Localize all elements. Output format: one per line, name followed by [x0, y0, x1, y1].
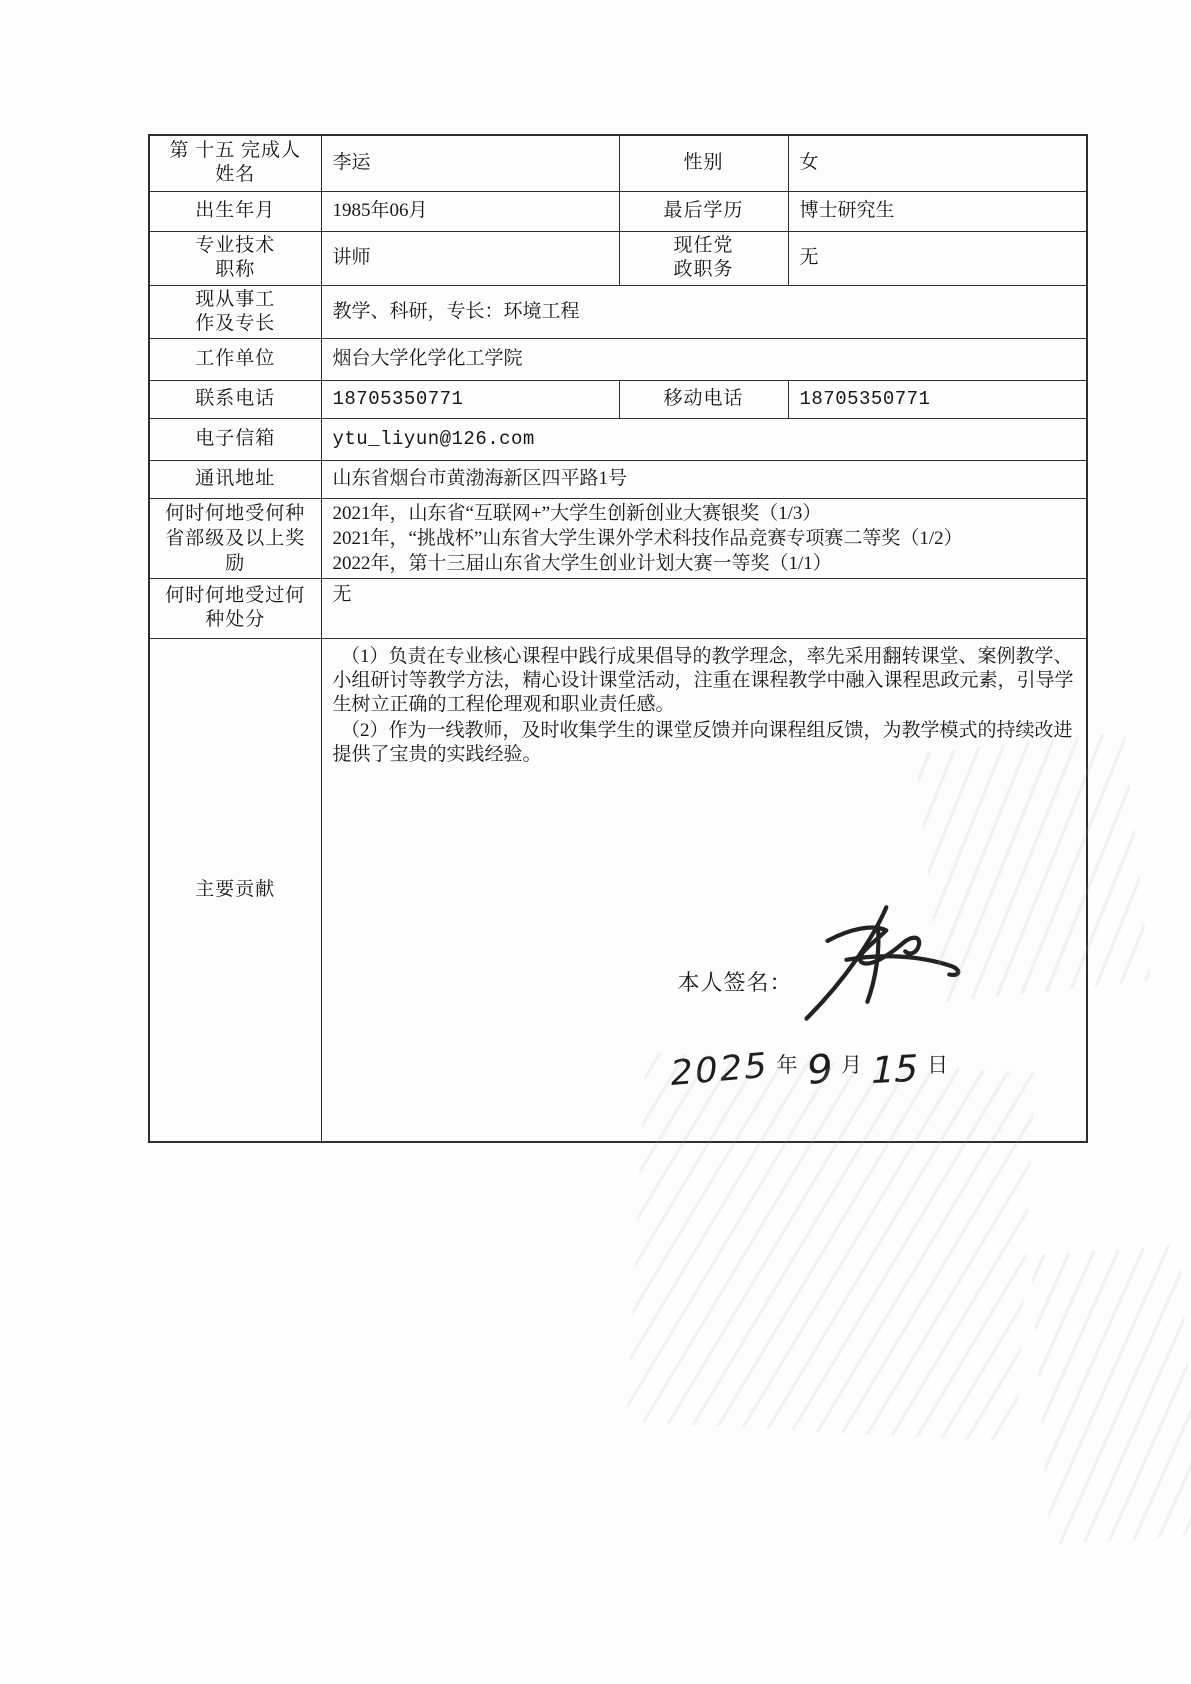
table-row: 第 十五 完成人 姓名 李运 性别 女: [149, 135, 1087, 191]
contact-phone-label: 联系电话: [149, 380, 321, 418]
contribution-paragraph: （1）负责在专业核心课程中践行成果倡导的教学理念，率先采用翻转课堂、案例教学、小…: [333, 645, 1079, 717]
name-label: 第 十五 完成人 姓名: [149, 135, 321, 191]
professional-title-value: 讲师: [321, 231, 619, 285]
main-contribution-label: 主要贡献: [149, 638, 321, 1142]
awards-label: 何时何地受何种 省部级及以上奖 励: [149, 498, 321, 578]
gender-value: 女: [788, 135, 1087, 191]
handwritten-day: 15: [868, 1056, 920, 1082]
gender-label: 性别: [619, 135, 788, 191]
table-row: 联系电话 18705350771 移动电话 18705350771: [149, 380, 1087, 418]
table-row: 何时何地受过何 种处分 无: [149, 578, 1087, 638]
signature-handwriting: [785, 901, 975, 1027]
name-value: 李运: [321, 135, 619, 191]
work-unit-value: 烟台大学化学化工学院: [321, 338, 1087, 380]
mobile-phone-label: 移动电话: [619, 380, 788, 418]
punishment-value: 无: [321, 578, 1087, 638]
party-post-label: 现任党 政职务: [619, 231, 788, 285]
table-row: 何时何地受何种 省部级及以上奖 励 2021年，山东省“互联网+”大学生创新创业…: [149, 498, 1087, 578]
awards-value: 2021年，山东省“互联网+”大学生创新创业大赛银奖（1/3） 2021年，“挑…: [321, 498, 1087, 578]
day-unit: 日: [927, 1053, 948, 1082]
table-row: 通讯地址 山东省烟台市黄渤海新区四平路1号: [149, 460, 1087, 498]
current-work-label: 现从事工 作及专长: [149, 285, 321, 338]
birth-date-label: 出生年月: [149, 191, 321, 231]
table-row: 电子信箱 ytu_liyun@126.com: [149, 418, 1087, 460]
education-value: 博士研究生: [788, 191, 1087, 231]
scanned-page: 第 十五 完成人 姓名 李运 性别 女 出生年月 1985年06月 最后学历 博…: [0, 0, 1191, 1684]
watermark-artifact: [1030, 1245, 1191, 1545]
table-row: 工作单位 烟台大学化学化工学院: [149, 338, 1087, 380]
table-row: 专业技术 职称 讲师 现任党 政职务 无: [149, 231, 1087, 285]
party-post-value: 无: [788, 231, 1087, 285]
completion-person-form-table: 第 十五 完成人 姓名 李运 性别 女 出生年月 1985年06月 最后学历 博…: [148, 134, 1088, 1143]
mobile-phone-value: 18705350771: [788, 380, 1087, 418]
current-work-value: 教学、科研，专长：环境工程: [321, 285, 1087, 338]
year-unit: 年: [777, 1053, 798, 1082]
contact-phone-value: 18705350771: [321, 380, 619, 418]
birth-date-value: 1985年06月: [321, 191, 619, 231]
table-row: 主要贡献 （1）负责在专业核心课程中践行成果倡导的教学理念，率先采用翻转课堂、案…: [149, 638, 1087, 1142]
contribution-paragraph: （2）作为一线教师，及时收集学生的课堂反馈并向课程组反馈，为教学模式的持续改进提…: [333, 719, 1079, 767]
mailing-address-label: 通讯地址: [149, 460, 321, 498]
month-unit: 月: [841, 1053, 862, 1082]
email-value: ytu_liyun@126.com: [321, 418, 1087, 460]
mailing-address-value: 山东省烟台市黄渤海新区四平路1号: [321, 460, 1087, 498]
signature-label: 本人签名：: [678, 971, 793, 995]
signature-date: 2025 年 9 月 15 日: [671, 1053, 949, 1082]
punishment-label: 何时何地受过何 种处分: [149, 578, 321, 638]
education-label: 最后学历: [619, 191, 788, 231]
handwritten-month: 9: [806, 1056, 833, 1083]
table-row: 现从事工 作及专长 教学、科研，专长：环境工程: [149, 285, 1087, 338]
handwritten-year: 2025: [668, 1053, 769, 1085]
main-contribution-content: （1）负责在专业核心课程中践行成果倡导的教学理念，率先采用翻转课堂、案例教学、小…: [333, 645, 1079, 1139]
table-row: 出生年月 1985年06月 最后学历 博士研究生: [149, 191, 1087, 231]
work-unit-label: 工作单位: [149, 338, 321, 380]
professional-title-label: 专业技术 职称: [149, 231, 321, 285]
main-contribution-cell: （1）负责在专业核心课程中践行成果倡导的教学理念，率先采用翻转课堂、案例教学、小…: [321, 638, 1087, 1142]
email-label: 电子信箱: [149, 418, 321, 460]
